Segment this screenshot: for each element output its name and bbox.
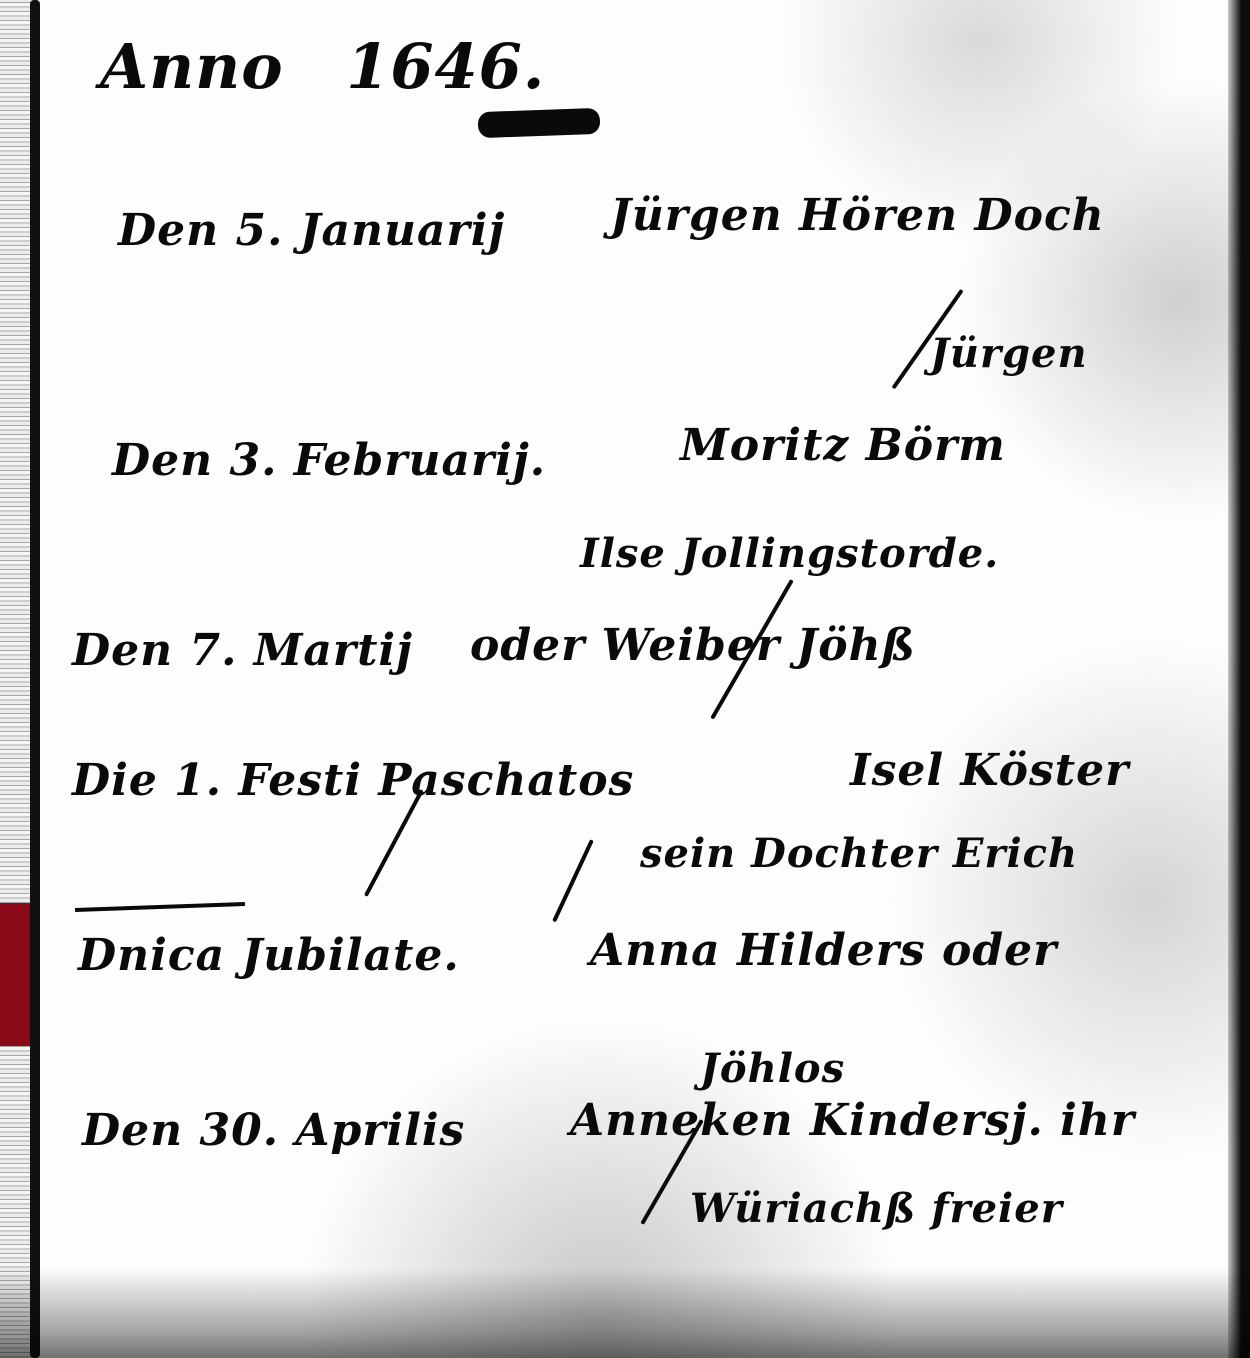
entry-5-date: Dnica Jubilate. <box>78 930 460 981</box>
entry-1-continuation: Jürgen <box>930 330 1088 377</box>
heading-year: 1646. <box>346 30 545 103</box>
entry-2-date: Den 3. Februarij. <box>112 435 546 486</box>
entry-5-text: Anna Hilders oder <box>590 925 1057 976</box>
bookmark-tab[interactable] <box>0 903 30 1046</box>
entry-6-continuation: Würiachß freier <box>690 1185 1063 1232</box>
entry-2-text: Moritz Börm <box>680 420 1006 471</box>
heading-label: Anno <box>100 30 284 103</box>
entry-1-date: Den 5. Januarij <box>118 205 505 256</box>
entry-5-continuation: Jöhlos <box>700 1045 845 1092</box>
entry-1-text: Jürgen Hören Doch <box>610 190 1105 241</box>
entry-3-date: Den 7. Martij <box>72 625 413 676</box>
entry-2-continuation: Ilse Jollingstorde. <box>580 530 999 577</box>
page-bottom-edge <box>0 1268 1250 1358</box>
page-heading: Anno 1646. <box>100 30 545 103</box>
page-right-edge <box>1228 0 1250 1358</box>
abbreviation-overline <box>75 902 245 912</box>
entry-6-text: Anneken Kindersj. ihr <box>570 1095 1135 1146</box>
entry-4-continuation: sein Dochter Erich <box>640 830 1078 877</box>
page-margin-noise <box>0 0 34 1358</box>
pen-stroke <box>552 839 594 922</box>
entry-6-date: Den 30. Aprilis <box>82 1105 465 1156</box>
binding-line <box>30 0 40 1358</box>
year-underline-mark <box>478 108 601 138</box>
entry-4-date: Die 1. Festi Paschatos <box>72 755 634 806</box>
register-page: Anno 1646. Den 5. Januarij Jürgen Hören … <box>0 0 1250 1358</box>
entry-3-text: oder Weiber Jöhß <box>470 620 916 671</box>
entry-4-text: Isel Köster <box>850 745 1129 796</box>
